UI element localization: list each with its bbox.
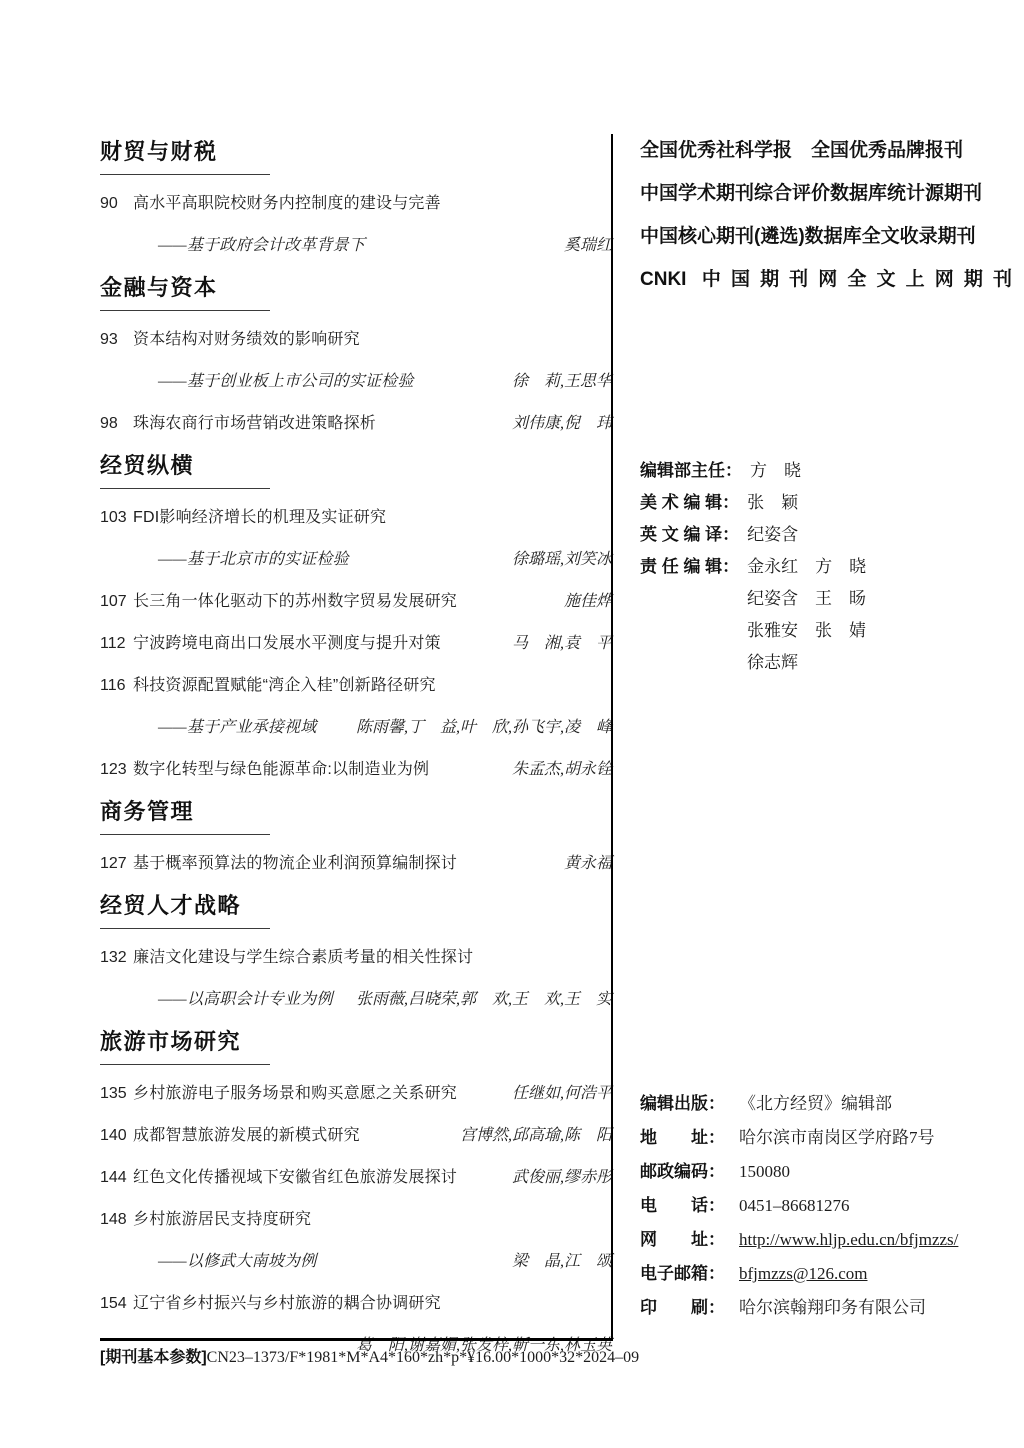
section-title: 财贸与财税: [100, 140, 612, 164]
article-title: 珠海农商行市场营销改进策略探析: [133, 413, 502, 434]
publisher-label: 地 址：: [640, 1127, 725, 1149]
article-authors: 奚瑞红: [564, 235, 612, 256]
article-subtitle: ——基于政府会计改革背景下: [158, 235, 554, 256]
section-title: 经贸纵横: [100, 454, 612, 478]
article-subtitle: ——基于北京市的实证检验: [158, 549, 502, 570]
page-number: 154: [100, 1293, 133, 1314]
toc-item-row: 93 资本结构对财务绩效的影响研究: [100, 329, 612, 350]
article-subtitle: ——基于产业承接视域: [158, 717, 346, 738]
staff-name: 张雅安 张 婧: [747, 620, 866, 642]
article-authors: 武俊丽,缪赤彤: [512, 1167, 612, 1188]
toc-column: 财贸与财税 90 高水平高职院校财务内控制度的建设与完善 ——基于政府会计改革背…: [100, 140, 612, 1356]
page-number: 90: [100, 193, 133, 214]
page-number: 112: [100, 633, 133, 654]
article-title: 乡村旅游电子服务场景和购买意愿之关系研究: [133, 1083, 502, 1104]
toc-subtitle-row: ——基于北京市的实证检验 徐璐瑶,刘笑冰: [100, 549, 612, 570]
staff-row: 英 文 编 译： 纪姿含: [640, 524, 1012, 546]
page-number: 140: [100, 1125, 133, 1146]
page-number: 116: [100, 675, 133, 696]
staff-label: 编辑部主任：: [640, 460, 742, 482]
staff-name: 徐志辉: [747, 652, 798, 674]
email-link[interactable]: bfjmzzs@126.com: [739, 1263, 868, 1285]
article-authors: 任继如,何浩平: [512, 1083, 612, 1104]
publisher-row: 编辑出版： 《北方经贸》编辑部: [640, 1093, 1012, 1115]
article-title: 成都智慧旅游发展的新模式研究: [133, 1125, 450, 1146]
staff-label: 美 术 编 辑：: [640, 492, 739, 514]
article-authors: 徐 莉,王思华: [512, 371, 612, 392]
article-authors: 徐璐瑶,刘笑冰: [512, 549, 612, 570]
staff-row: 徐志辉: [640, 652, 1012, 674]
article-subtitle: ——以高职会计专业为例: [158, 989, 346, 1010]
article-authors: 陈雨馨,丁 益,叶 欣,孙飞宇,凌 峰: [356, 717, 612, 738]
article-title: 红色文化传播视域下安徽省红色旅游发展探讨: [133, 1167, 502, 1188]
article-title: 乡村旅游居民支持度研究: [133, 1209, 612, 1230]
page-number: 148: [100, 1209, 133, 1230]
info-column: 全国优秀社科学报 全国优秀品牌报刊 中国学术期刊综合评价数据库统计源期刊 中国核…: [640, 139, 1012, 1331]
page-number: 135: [100, 1083, 133, 1104]
section-rule: [100, 488, 270, 489]
publisher-label: 电子邮箱：: [640, 1263, 725, 1285]
staff-name: 纪姿含: [747, 524, 798, 546]
honor-line: 全国优秀社科学报 全国优秀品牌报刊: [640, 139, 1012, 163]
publisher-row: 网 址： http://www.hljp.edu.cn/bfjmzzs/: [640, 1229, 1012, 1251]
publisher-info: 编辑出版： 《北方经贸》编辑部 地 址： 哈尔滨市南岗区学府路7号 邮政编码： …: [640, 1093, 1012, 1319]
toc-subtitle-row: ——以高职会计专业为例 张雨薇,吕晓荣,郭 欢,王 欢,王 实: [100, 989, 612, 1010]
article-title: 高水平高职院校财务内控制度的建设与完善: [133, 193, 612, 214]
publisher-row: 印 刷： 哈尔滨翰翔印务有限公司: [640, 1297, 1012, 1319]
publisher-row: 电子邮箱： bfjmzzs@126.com: [640, 1263, 1012, 1285]
staff-name: 金永红 方 晓: [747, 556, 866, 578]
article-authors: 施佳烨: [564, 591, 612, 612]
staff-row: 张雅安 张 婧: [640, 620, 1012, 642]
page-number: 127: [100, 853, 133, 874]
toc-item-row: 127 基于概率预算法的物流企业利润预算编制探讨 黄永福: [100, 853, 612, 874]
toc-item-row: 103 FDI影响经济增长的机理及实证研究: [100, 507, 612, 528]
article-title: 基于概率预算法的物流企业利润预算编制探讨: [133, 853, 554, 874]
page-number: 98: [100, 413, 133, 434]
section-title: 经贸人才战略: [100, 894, 612, 918]
publisher-label: 编辑出版：: [640, 1093, 725, 1115]
toc-item-row: 90 高水平高职院校财务内控制度的建设与完善: [100, 193, 612, 214]
article-authors: 黄永福: [564, 853, 612, 874]
publisher-label: 电 话：: [640, 1195, 725, 1217]
journal-toc-page: 财贸与财税 90 高水平高职院校财务内控制度的建设与完善 ——基于政府会计改革背…: [0, 0, 1024, 1448]
page-number: 132: [100, 947, 133, 968]
toc-item-row: 140 成都智慧旅游发展的新模式研究 宫博然,邱高瑜,陈 阳: [100, 1125, 612, 1146]
honor-line: 中国学术期刊综合评价数据库统计源期刊: [640, 182, 1012, 206]
toc-item-row: 135 乡村旅游电子服务场景和购买意愿之关系研究 任继如,何浩平: [100, 1083, 612, 1104]
toc-item-row: 107 长三角一体化驱动下的苏州数字贸易发展研究 施佳烨: [100, 591, 612, 612]
journal-honors: 全国优秀社科学报 全国优秀品牌报刊 中国学术期刊综合评价数据库统计源期刊 中国核…: [640, 139, 1012, 292]
params-value: CN23–1373/F*1981*M*A4*160*zh*p*¥16.00*10…: [207, 1349, 639, 1366]
staff-row: 美 术 编 辑： 张 颖: [640, 492, 1012, 514]
section-rule: [100, 834, 270, 835]
publisher-value: 《北方经贸》编辑部: [739, 1093, 892, 1115]
page-number: 144: [100, 1167, 133, 1188]
toc-item-row: 98 珠海农商行市场营销改进策略探析 刘伟康,倪 玮: [100, 413, 612, 434]
article-authors: 朱孟杰,胡永铨: [512, 759, 612, 780]
publisher-row: 邮政编码： 150080: [640, 1161, 1012, 1183]
toc-item-row: 123 数字化转型与绿色能源革命:以制造业为例 朱孟杰,胡永铨: [100, 759, 612, 780]
section-title: 金融与资本: [100, 276, 612, 300]
article-title: FDI影响经济增长的机理及实证研究: [133, 507, 612, 528]
toc-subtitle-row: ——基于政府会计改革背景下 奚瑞红: [100, 235, 612, 256]
staff-row: 纪姿含 王 旸: [640, 588, 1012, 610]
article-title: 科技资源配置赋能“湾企入桂”创新路径研究: [133, 675, 612, 696]
website-link[interactable]: http://www.hljp.edu.cn/bfjmzzs/: [739, 1229, 958, 1251]
page-number: 107: [100, 591, 133, 612]
honor-line: CNKI 中国期刊网全文上网期刊: [640, 268, 1012, 292]
toc-section: 经贸人才战略 132 廉洁文化建设与学生综合素质考量的相关性探讨 ——以高职会计…: [100, 894, 612, 1010]
toc-item-row: 148 乡村旅游居民支持度研究: [100, 1209, 612, 1230]
toc-item-row: 112 宁波跨境电商出口发展水平测度与提升对策 马 湘,袁 平: [100, 633, 612, 654]
publisher-value: 哈尔滨市南岗区学府路7号: [739, 1127, 935, 1149]
page-number: 123: [100, 759, 133, 780]
toc-item-row: 116 科技资源配置赋能“湾企入桂”创新路径研究: [100, 675, 612, 696]
page-number: 93: [100, 329, 133, 350]
staff-label: 责 任 编 辑：: [640, 556, 739, 578]
section-rule: [100, 174, 270, 175]
publisher-label: 网 址：: [640, 1229, 725, 1251]
staff-name: 张 颖: [747, 492, 798, 514]
article-title: 资本结构对财务绩效的影响研究: [133, 329, 612, 350]
toc-item-row: 132 廉洁文化建设与学生综合素质考量的相关性探讨: [100, 947, 612, 968]
article-authors: 张雨薇,吕晓荣,郭 欢,王 欢,王 实: [356, 989, 612, 1010]
article-title: 辽宁省乡村振兴与乡村旅游的耦合协调研究: [133, 1293, 612, 1314]
params-label: [期刊基本参数]: [100, 1349, 207, 1366]
honor-line: 中国核心期刊(遴选)数据库全文收录期刊: [640, 225, 1012, 249]
publisher-label: 邮政编码：: [640, 1161, 725, 1183]
article-title: 数字化转型与绿色能源革命:以制造业为例: [133, 759, 502, 780]
publisher-value: 150080: [739, 1161, 790, 1183]
toc-section: 旅游市场研究 135 乡村旅游电子服务场景和购买意愿之关系研究 任继如,何浩平 …: [100, 1030, 612, 1356]
section-rule: [100, 310, 270, 311]
toc-subtitle-row: ——基于产业承接视域 陈雨馨,丁 益,叶 欣,孙飞宇,凌 峰: [100, 717, 612, 738]
article-subtitle: ——以修武大南坡为例: [158, 1251, 502, 1272]
staff-name: 纪姿含 王 旸: [747, 588, 866, 610]
editorial-staff: 编辑部主任： 方 晓 美 术 编 辑： 张 颖 英 文 编 译： 纪姿含 责 任…: [640, 460, 1012, 674]
section-title: 商务管理: [100, 800, 612, 824]
toc-section: 商务管理 127 基于概率预算法的物流企业利润预算编制探讨 黄永福: [100, 800, 612, 874]
section-rule: [100, 1064, 270, 1065]
article-authors: 刘伟康,倪 玮: [512, 413, 612, 434]
section-rule: [100, 928, 270, 929]
publisher-row: 地 址： 哈尔滨市南岗区学府路7号: [640, 1127, 1012, 1149]
article-authors: 宫博然,邱高瑜,陈 阳: [460, 1125, 612, 1146]
publisher-row: 电 话： 0451–86681276: [640, 1195, 1012, 1217]
footer-rule: [100, 1338, 613, 1341]
toc-subtitle-row: ——以修武大南坡为例 梁 晶,江 颂: [100, 1251, 612, 1272]
staff-row: 责 任 编 辑： 金永红 方 晓: [640, 556, 1012, 578]
staff-name: 方 晓: [750, 460, 801, 482]
section-title: 旅游市场研究: [100, 1030, 612, 1054]
article-title: 廉洁文化建设与学生综合素质考量的相关性探讨: [133, 947, 612, 968]
toc-item-row: 144 红色文化传播视域下安徽省红色旅游发展探讨 武俊丽,缪赤彤: [100, 1167, 612, 1188]
publisher-value: 0451–86681276: [739, 1195, 850, 1217]
publisher-value: 哈尔滨翰翔印务有限公司: [739, 1297, 926, 1319]
staff-label: 英 文 编 译：: [640, 524, 739, 546]
toc-section: 经贸纵横 103 FDI影响经济增长的机理及实证研究 ——基于北京市的实证检验 …: [100, 454, 612, 780]
article-subtitle: ——基于创业板上市公司的实证检验: [158, 371, 502, 392]
toc-section: 财贸与财税 90 高水平高职院校财务内控制度的建设与完善 ——基于政府会计改革背…: [100, 140, 612, 256]
toc-item-row: 154 辽宁省乡村振兴与乡村旅游的耦合协调研究: [100, 1293, 612, 1314]
article-title: 长三角一体化驱动下的苏州数字贸易发展研究: [133, 591, 554, 612]
journal-parameters-line: [期刊基本参数]CN23–1373/F*1981*M*A4*160*zh*p*¥…: [100, 1347, 639, 1369]
publisher-label: 印 刷：: [640, 1297, 725, 1319]
staff-row: 编辑部主任： 方 晓: [640, 460, 1012, 482]
toc-subtitle-row: ——基于创业板上市公司的实证检验 徐 莉,王思华: [100, 371, 612, 392]
article-authors: 梁 晶,江 颂: [512, 1251, 612, 1272]
toc-section: 金融与资本 93 资本结构对财务绩效的影响研究 ——基于创业板上市公司的实证检验…: [100, 276, 612, 434]
column-divider: [611, 134, 613, 1340]
article-title: 宁波跨境电商出口发展水平测度与提升对策: [133, 633, 502, 654]
article-authors: 马 湘,袁 平: [512, 633, 612, 654]
page-number: 103: [100, 507, 133, 528]
